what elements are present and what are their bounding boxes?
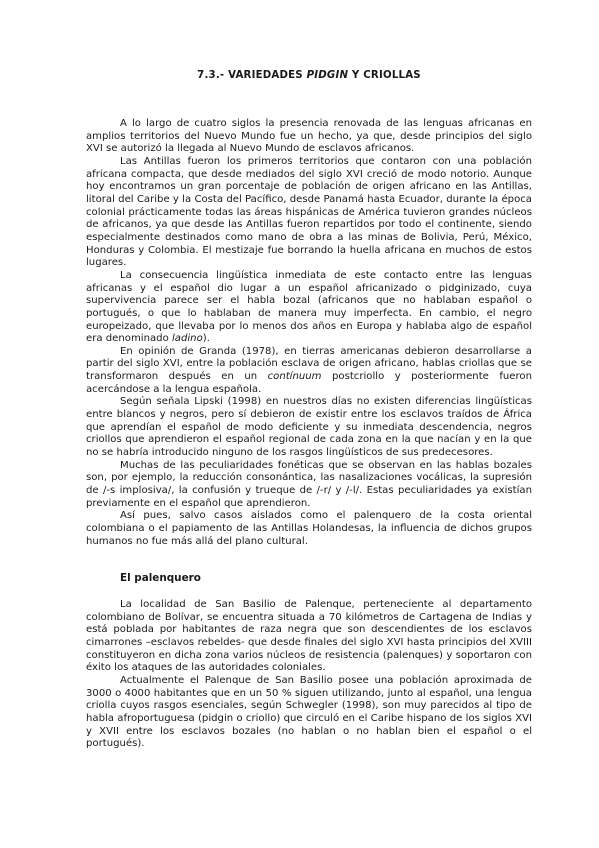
italic-term: ladino bbox=[172, 333, 203, 344]
paragraph: Así pues, salvo casos aislados como el p… bbox=[86, 510, 532, 548]
text-run: ). bbox=[203, 333, 210, 344]
paragraph: La localidad de San Basilio de Palenque,… bbox=[86, 599, 532, 675]
title-italic: PIDGIN bbox=[307, 70, 349, 81]
subsection-heading: El palenquero bbox=[120, 572, 201, 585]
section-title: 7.3.- VARIEDADES PIDGIN Y CRIOLLAS bbox=[86, 70, 532, 83]
title-suffix: Y CRIOLLAS bbox=[348, 70, 421, 81]
paragraph: Las Antillas fueron los primeros territo… bbox=[86, 156, 532, 270]
title-prefix: 7.3.- VARIEDADES bbox=[197, 70, 306, 81]
paragraph: La consecuencia lingüística inmediata de… bbox=[86, 270, 532, 346]
section-body-intro: A lo largo de cuatro siglos la presencia… bbox=[86, 118, 532, 548]
paragraph: Actualmente el Palenque de San Basilio p… bbox=[86, 675, 532, 751]
text-run: La consecuencia lingüística inmediata de… bbox=[86, 270, 532, 344]
italic-term: contínuum bbox=[268, 371, 322, 382]
paragraph: En opinión de Granda (1978), en tierras … bbox=[86, 346, 532, 397]
section-body-palenquero: La localidad de San Basilio de Palenque,… bbox=[86, 599, 532, 751]
paragraph: Según señala Lipski (1998) en nuestros d… bbox=[86, 396, 532, 459]
paragraph: A lo largo de cuatro siglos la presencia… bbox=[86, 118, 532, 156]
paragraph: Muchas de las peculiaridades fonéticas q… bbox=[86, 460, 532, 511]
